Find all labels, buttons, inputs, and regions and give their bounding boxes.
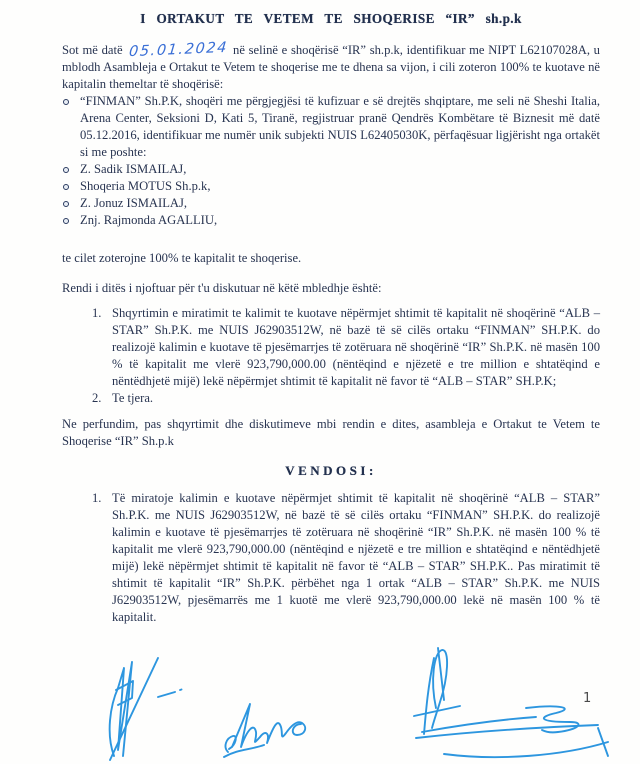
document-title: I ORTAKUT TE VETEM TE SHOQERISE “IR” sh.… xyxy=(62,10,600,27)
partners-list: Z. Sadik ISMAILAJ, Shoqeria MOTUS Sh.p.k… xyxy=(62,161,600,229)
agenda-item: 1. Shqyrtimin e miratimit te kalimit te … xyxy=(92,305,600,390)
closing-paragraph: Ne perfundim, pas shqyrtimit dhe diskuti… xyxy=(62,416,600,450)
partner-name: Shoqeria MOTUS Sh.p.k, xyxy=(80,178,211,195)
decision-item: 1. Të miratoje kalimin e kuotave nëpërmj… xyxy=(92,490,600,626)
company-description: “FINMAN” Sh.P.K, shoqëri me përgjegjësi … xyxy=(80,93,600,161)
agenda-list: 1. Shqyrtimin e miratimit te kalimit te … xyxy=(92,305,600,407)
list-item-partner: Znj. Rajmonda AGALLIU, xyxy=(62,212,600,229)
company-bullet-list: “FINMAN” Sh.P.K, shoqëri me përgjegjësi … xyxy=(62,93,600,161)
list-item-partner: Shoqeria MOTUS Sh.p.k, xyxy=(62,178,600,195)
document-content: I ORTAKUT TE VETEM TE SHOQERISE “IR” sh.… xyxy=(62,10,600,626)
agenda-item-number: 2. xyxy=(92,390,112,407)
partner-name: Znj. Rajmonda AGALLIU, xyxy=(80,212,217,229)
list-item-partner: Z. Sadik ISMAILAJ, xyxy=(62,161,600,178)
partner-name: Z. Jonuz ISMAILAJ, xyxy=(80,195,187,212)
bullet-icon xyxy=(63,201,69,207)
bullet-icon xyxy=(63,167,69,173)
handwritten-date: 05.01.2024 xyxy=(129,41,229,59)
list-item-company: “FINMAN” Sh.P.K, shoqëri me përgjegjësi … xyxy=(62,93,600,161)
decision-item-text: Të miratoje kalimin e kuotave nëpërmjet … xyxy=(112,490,600,626)
intro-pre-date: Sot më datë xyxy=(62,43,123,57)
agenda-heading: Rendi i ditës i njoftuar për t'u diskutu… xyxy=(62,280,600,297)
ownership-note: te cilet zoterojne 100% te kapitalit te … xyxy=(62,250,600,267)
decision-list: 1. Të miratoje kalimin e kuotave nëpërmj… xyxy=(92,490,600,626)
agenda-item-text: Te tjera. xyxy=(112,390,600,407)
bullet-icon xyxy=(63,99,69,105)
handwritten-signature-2 xyxy=(220,690,312,760)
agenda-item-number: 1. xyxy=(92,305,112,390)
document-page: I ORTAKUT TE VETEM TE SHOQERISE “IR” sh.… xyxy=(0,0,640,764)
agenda-item: 2. Te tjera. xyxy=(92,390,600,407)
list-item-partner: Z. Jonuz ISMAILAJ, xyxy=(62,195,600,212)
page-number: 1 xyxy=(583,690,591,707)
handwritten-signature-1 xyxy=(92,648,192,763)
bullet-icon xyxy=(63,184,69,190)
partner-name: Z. Sadik ISMAILAJ, xyxy=(80,161,186,178)
intro-paragraph: Sot më datë 05.01.2024 në selinë e shoqë… xyxy=(62,42,600,93)
decision-item-number: 1. xyxy=(92,490,112,626)
decision-heading: VENDOSI: xyxy=(62,462,600,479)
agenda-item-text: Shqyrtimin e miratimit te kalimit te kuo… xyxy=(112,305,600,390)
bullet-icon xyxy=(63,218,69,224)
